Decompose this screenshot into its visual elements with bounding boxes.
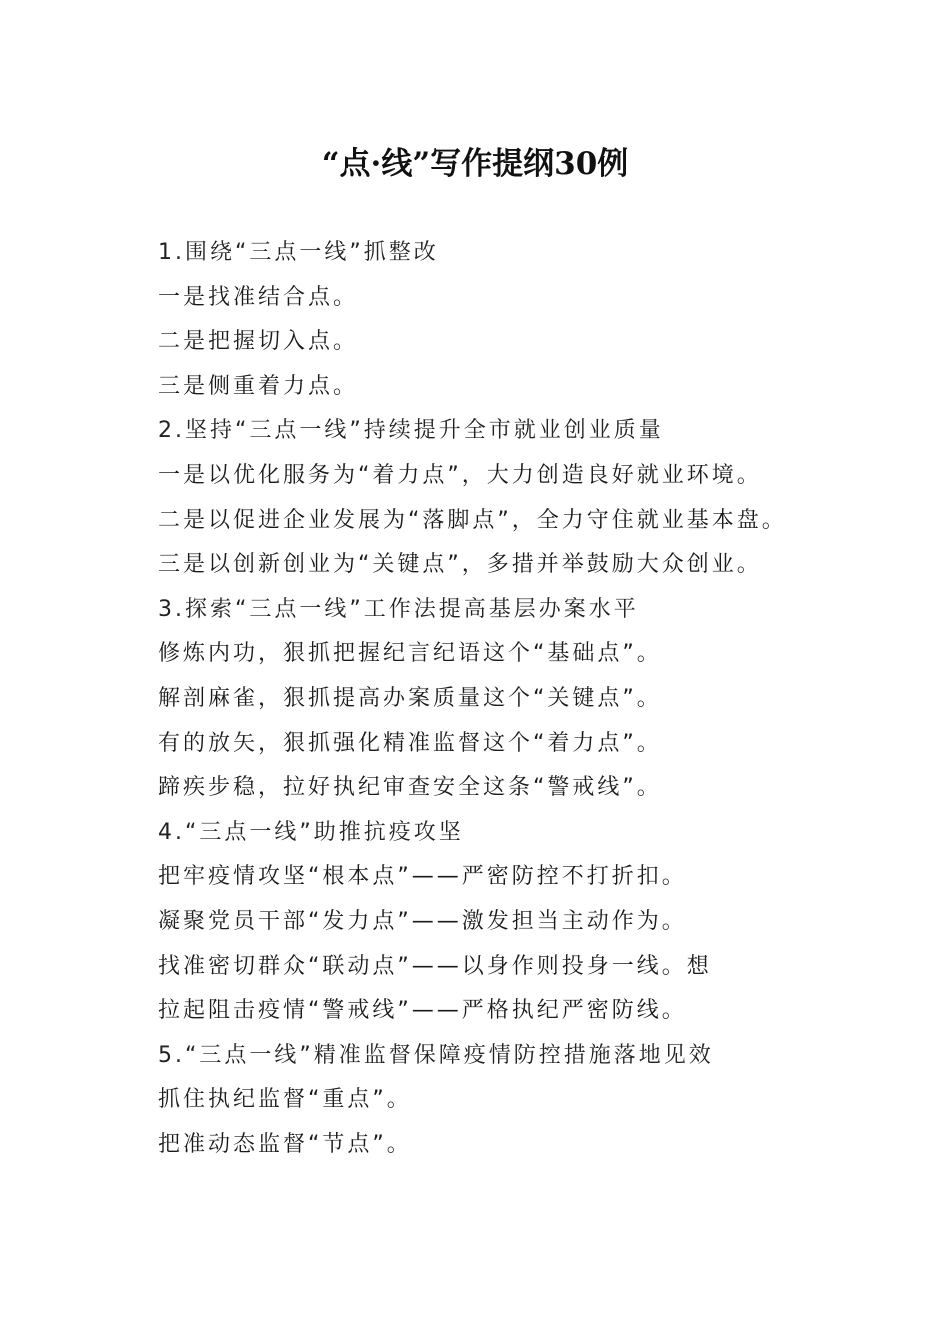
outline-item: 抓住执纪监督“重点”。: [158, 1082, 858, 1127]
document-page: “点·线”写作提纲30例 1.围绕“三点一线”抓整改 一是找准结合点。 二是把握…: [0, 0, 950, 1344]
outline-item: 凝聚党员干部“发力点”——激发担当主动作为。: [158, 904, 858, 949]
outline-item: 蹄疾步稳，拉好执纪审查安全这条“警戒线”。: [158, 770, 858, 815]
outline-item: 把准动态监督“节点”。: [158, 1127, 858, 1172]
outline-item: 三是以创新创业为“关键点”，多措并举鼓励大众创业。: [158, 547, 858, 592]
section-heading-2: 2.坚持“三点一线”持续提升全市就业创业质量: [158, 413, 858, 458]
section-heading-4: 4.“三点一线”助推抗疫攻坚: [158, 815, 858, 860]
outline-item: 找准密切群众“联动点”——以身作则投身一线。想: [158, 949, 858, 994]
outline-item: 二是把握切入点。: [158, 324, 858, 369]
outline-item: 把牢疫情攻坚“根本点”——严密防控不打折扣。: [158, 859, 858, 904]
outline-item: 一是以优化服务为“着力点”，大力创造良好就业环境。: [158, 458, 858, 503]
document-body: 1.围绕“三点一线”抓整改 一是找准结合点。 二是把握切入点。 三是侧重着力点。…: [158, 235, 858, 1171]
section-heading-1: 1.围绕“三点一线”抓整改: [158, 235, 858, 280]
outline-item: 三是侧重着力点。: [158, 369, 858, 414]
outline-item: 解剖麻雀，狠抓提高办案质量这个“关键点”。: [158, 681, 858, 726]
outline-item: 一是找准结合点。: [158, 280, 858, 325]
outline-item: 有的放矢，狠抓强化精准监督这个“着力点”。: [158, 726, 858, 771]
outline-item: 二是以促进企业发展为“落脚点”，全力守住就业基本盘。: [158, 503, 858, 548]
outline-item: 拉起阻击疫情“警戒线”——严格执纪严密防线。: [158, 993, 858, 1038]
document-title: “点·线”写作提纲30例: [0, 138, 950, 183]
outline-item: 修炼内功，狠抓把握纪言纪语这个“基础点”。: [158, 636, 858, 681]
section-heading-5: 5.“三点一线”精准监督保障疫情防控措施落地见效: [158, 1038, 858, 1083]
section-heading-3: 3.探索“三点一线”工作法提高基层办案水平: [158, 592, 858, 637]
